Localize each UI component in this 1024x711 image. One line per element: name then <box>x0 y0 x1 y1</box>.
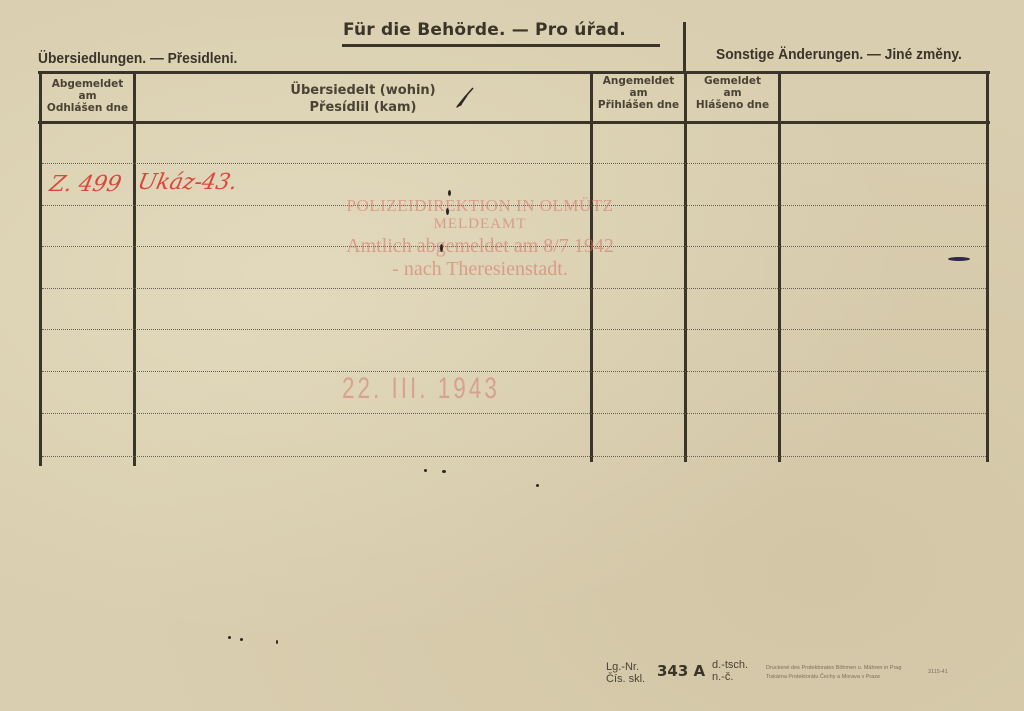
ink-speck <box>276 640 278 644</box>
lang-de: d.-tsch. <box>712 659 748 671</box>
header-line: Übersiedelt (wohin) <box>136 82 590 99</box>
header-line: am <box>42 90 133 102</box>
lg-nr-label: Lg.-Nr. <box>606 661 645 673</box>
col-header-wohin: Übersiedelt (wohin) Přesídlil (kam) <box>136 82 590 116</box>
col-header-angemeldet: Angemeldet am Přihlášen dne <box>593 75 684 111</box>
ink-speck <box>240 638 243 641</box>
title-underline <box>342 44 660 47</box>
handwritten-wohin: Ukáz-43. <box>135 170 239 195</box>
footer-lang-block: d.-tsch. n.-č. <box>712 659 748 683</box>
ink-speck <box>446 208 449 215</box>
handwritten-abgemeldet: Z. 499 <box>47 172 123 197</box>
form-title: Für die Behörde. — Pro úřad. <box>343 20 626 40</box>
col-border-0 <box>39 71 42 466</box>
header-line: Abgemeldet <box>42 78 133 90</box>
stamp-line-3: Amtlich abgemeldet am 8/7 1942 <box>290 235 670 258</box>
table-top-border <box>38 71 990 74</box>
ink-speck <box>536 484 539 487</box>
section-heading-moves: Übersiedlungen. — Přesidleni. <box>38 50 237 67</box>
header-line: Přihlášen dne <box>593 99 684 111</box>
row-line <box>42 163 986 164</box>
lang-cz: n.-č. <box>712 671 748 683</box>
row-line <box>42 456 986 457</box>
form-number: 343 A <box>657 662 705 680</box>
ink-speck <box>442 470 446 473</box>
stamp-line-2: MELDEAMT <box>290 216 670 233</box>
ink-speck <box>448 190 451 196</box>
section-divider <box>683 22 686 72</box>
stamp-line-1: POLIZEIDIREKTION IN OLMÜTZ <box>290 196 670 216</box>
row-line <box>42 329 986 330</box>
header-line: Přesídlil (kam) <box>136 99 590 116</box>
police-stamp: POLIZEIDIREKTION IN OLMÜTZ MELDEAMT Amtl… <box>290 196 670 281</box>
printer-imprint: Druckerei des Protektorates Böhmen u. Mä… <box>766 664 901 682</box>
ink-speck <box>228 636 231 639</box>
ink-blot <box>948 257 970 261</box>
row-line <box>42 371 986 372</box>
date-stamp: 22. III. 1943 <box>342 372 500 406</box>
printer-line-2: Tiskárna Protektorátu Čechy a Morava v P… <box>766 673 901 682</box>
col-border-4 <box>778 71 781 462</box>
header-line: Hlášeno dne <box>687 99 778 111</box>
stamp-line-4: - nach Theresienstadt. <box>290 258 670 281</box>
col-border-5 <box>986 71 989 462</box>
print-code: 3115-41 <box>928 668 948 677</box>
header-line: Angemeldet <box>593 75 684 87</box>
header-line: Gemeldet <box>687 75 778 87</box>
cis-skl-label: Čís. skl. <box>606 673 645 685</box>
col-header-abgemeldet: Abgemeldet am Odhlášen dne <box>42 78 133 114</box>
row-line <box>42 288 986 289</box>
ink-speck <box>424 469 427 472</box>
header-bottom-border <box>38 121 990 124</box>
footer-label-block: Lg.-Nr. Čís. skl. <box>606 661 645 685</box>
header-line: am <box>687 87 778 99</box>
header-line: Odhlášen dne <box>42 102 133 114</box>
col-border-3 <box>684 71 687 462</box>
ink-speck <box>440 244 443 252</box>
col-border-1 <box>133 71 136 466</box>
section-heading-other-changes: Sonstige Änderungen. — Jiné změny. <box>716 46 962 63</box>
row-line <box>42 413 986 414</box>
pen-nib-icon <box>453 85 477 111</box>
header-line: am <box>593 87 684 99</box>
printer-line-1: Druckerei des Protektorates Böhmen u. Mä… <box>766 664 901 673</box>
col-header-gemeldet: Gemeldet am Hlášeno dne <box>687 75 778 111</box>
